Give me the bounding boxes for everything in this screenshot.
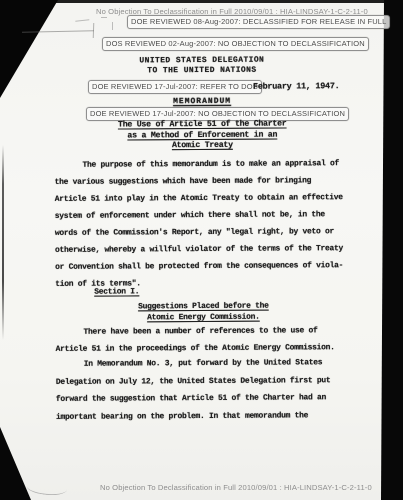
- body-line: words of the Commission's Report, any "l…: [55, 223, 343, 242]
- body-line: or Convention shall be protected from th…: [55, 257, 343, 276]
- paragraph-3: In Memorandum No. 3, put forward by the …: [56, 354, 331, 426]
- document-date: February 11, 1947.: [253, 81, 339, 92]
- body-line: important bearing on the problem. In tha…: [56, 407, 331, 426]
- body-line: The purpose of this memorandum is to mak…: [54, 155, 342, 174]
- paragraph-1: The purpose of this memorandum is to mak…: [54, 155, 343, 293]
- body-line: There have been a number of references t…: [55, 323, 334, 341]
- section-heading: Section I.: [94, 287, 139, 296]
- scanned-memo-page: No Objection To Declassification in Full…: [0, 0, 403, 500]
- body-line: otherwise, whereby a willful violator of…: [55, 240, 343, 259]
- document-title: The Use of Article 51 of the Charter as …: [59, 119, 345, 152]
- subsection-heading: Suggestions Placed before the Atomic Ene…: [60, 301, 346, 324]
- body-line: Article 51 into play in the Atomic Treat…: [55, 189, 343, 208]
- body-line: forward the suggestion that Article 51 o…: [56, 389, 331, 408]
- title-line3: Atomic Treaty: [59, 140, 345, 152]
- organization-header: UNITED STATES DELEGATION TO THE UNITED N…: [59, 55, 345, 77]
- body-line: system of enforcement under which there …: [55, 206, 343, 225]
- subheading-line2: Atomic Energy Commission.: [60, 312, 346, 324]
- body-line: Delegation on July 12, the United States…: [56, 372, 331, 391]
- memorandum-heading: MEMORANDUM: [59, 96, 345, 107]
- organization-line2: TO THE UNITED NATIONS: [59, 65, 345, 77]
- body-line: the various suggestions which have been …: [55, 172, 343, 191]
- typewritten-content: UNITED STATES DELEGATION TO THE UNITED N…: [0, 0, 403, 500]
- body-line: In Memorandum No. 3, put forward by the …: [56, 354, 331, 373]
- paragraph-2: There have been a number of references t…: [55, 323, 334, 358]
